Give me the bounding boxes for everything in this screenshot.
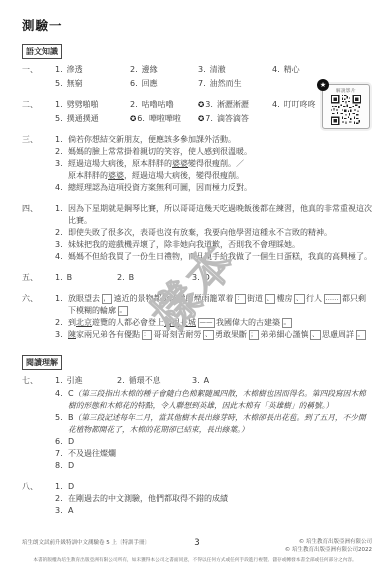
legal-notice: 本書的版權為培生教育出版亞洲有限公司所有，如未獲得本公司之書面同意，不得以任何方… [0,557,390,563]
question-8: 八、 1.D 2.在剛過去的中文測驗，他們都取得不錯的成績 3.A [22,481,372,517]
question-number: 三、 [22,134,55,194]
answer-sentence: 7.不及過往燦爛 [55,448,372,460]
copyright: © 培生教育出版亞洲有限公司 © 培生教育出版亞洲有限公司2022 [217,538,372,555]
answer-item: 1.劈劈啪啪 [55,99,130,111]
answer-grid: 1.B 2.B 3.D [55,272,372,284]
answer-item: 3.A [192,375,372,387]
question-5: 五、 1.B 2.B 3.D [22,272,372,284]
question-number: 五、 [22,272,55,284]
answer-page: 測驗一 語文知識 一、 1.滲透 2.邊緣 3.清澈 4.精心 5.無窮 6.回… [0,0,390,517]
page-number: 3 [177,538,217,548]
answer-item: 2.咕嚕咕嚕 [130,99,198,111]
answer-item: ✪3.淅瀝淅瀝 [198,99,272,111]
question-number: 六、 [22,293,55,341]
answer-item: 1.B [55,272,117,284]
video-marker-icon: ✪ [130,114,136,123]
answer-sentence: 2.媽媽的臉上常常掛着親切的笑容，使人感到很溫暖。 [55,146,372,158]
answer-sentence: 3.A [55,505,372,517]
answer-sentence: 8.D [55,460,372,472]
answer-item: 3.清澈 [198,64,272,76]
question-number: 七、 [22,375,55,472]
answer-sentence: 3.妹妹把我的遊戲機弄壞了，除非她向我道歉，否則我不會理睬她。 [55,239,372,251]
qr-code [331,95,361,125]
answer-sentence: 2.在剛過去的中文測驗，他們都取得不錯的成績 [55,493,372,505]
book-title: 培生朗文試前升級特訓中文測驗卷 5 上〔特訓手冊〕 [22,538,177,546]
answer-item: 1.滲透 [55,64,130,76]
section-label-reading: 閱讀理解 [22,355,62,370]
question-number: 一、 [22,64,55,90]
section-label-knowledge: 語文知識 [22,44,62,59]
question-number: 四、 [22,203,55,263]
question-7: 七、 1.引進 2.循環不息 3.A 4.C（第三段指出木棉的種子會隨白色棉絮隨… [22,375,372,472]
answer-sentence: 4.媽媽不但給我買了一份生日禮物，而且親手給我做了一個生日蛋糕，我真的高興極了。 [55,251,372,263]
question-6: 六、 1.放眼望去，遠近的景物都給迷濛的煙雨籠罩着：街道、樓房、行人……都只剩下… [22,293,372,341]
answer-sentence: 6.D [55,436,372,448]
answer-item: 6.回應 [130,78,198,90]
answer-item: 3.D [192,272,372,284]
question-4: 四、 1.因為下星期就是鋼琴比賽，所以哥哥這幾天吃過晚飯後都在練習，他真的非常重… [22,203,372,263]
copyright-line-1: © 培生教育出版亞洲有限公司 [299,539,372,545]
answer-item: 1.引進 [55,375,117,387]
answer-item: 5.無窮 [55,78,130,90]
answer-sentence: 1.倘若你想結交新朋友，便應該多參加課外活動。 [55,134,372,146]
answer-sentence: 2.到北京遊覽的人都必會登上萬里長城——我國偉大的古建築。 [55,317,372,329]
answer-item: 2.循環不息 [117,375,192,387]
answer-item: ✪6.嘩啦嘩啦 [130,113,198,125]
answer-item: 7.油然而生 [198,78,272,90]
answer-sentence: 2.即使失敗了很多次，表哥也沒有放棄，我要向他學習這種永不言敗的精神。 [55,227,372,239]
page-title: 測驗一 [22,16,372,34]
qr-label: 解說影片 [326,88,366,94]
answer-sentence: 1.因為下星期就是鋼琴比賽，所以哥哥這幾天吃過晚飯後都在練習，他真的非常重視這次… [55,203,372,227]
answer-sentence: 3.陳家兩兄弟各有優點：哥哥刻苦耐勞、勇敢果斷；弟弟細心謹慎、思慮周詳。 [55,329,372,341]
page-footer: 培生朗文試前升級特訓中文測驗卷 5 上〔特訓手冊〕 3 © 培生教育出版亞洲有限… [0,538,390,564]
qr-box: ★ 解說影片 [322,84,370,129]
answer-item: 4.精心 [272,64,372,76]
question-2: 二、 1.劈劈啪啪 2.咕嚕咕嚕 ✪3.淅瀝淅瀝 4.叮叮咚咚 5.撲通撲通 ✪… [22,99,372,125]
answer-with-explanation: 4.C（第三段指出木棉的種子會隨白色棉絮隨風四散，木棉樹也因而得名。第四段寫因木… [55,388,372,412]
answer-item: ✪7.滴答滴答 [198,113,272,125]
answer-with-explanation: 5.B（第三段記述每年二月，當其他樹木長出綠芽時，木棉卻長出花苞。到了五月，不少… [55,412,372,436]
answer-item: 5.撲通撲通 [55,113,130,125]
star-badge-icon: ★ [317,79,329,91]
answer-grid: 1.引進 2.循環不息 3.A [55,375,372,387]
answer-item: 2.B [117,272,192,284]
explanation-text: （第三段記述每年二月，當其他樹木長出綠芽時，木棉卻長出花苞。到了五月，不少開花植… [68,413,366,434]
answer-sentence: 3.經過這場大病後，原本胖胖的婆婆變得很瘦削。／原本胖胖的婆婆，經過這場大病後，… [55,158,372,182]
answer-item: 2.邊緣 [130,64,198,76]
question-number: 二、 [22,99,55,125]
answer-sentence: 1.D [55,481,372,493]
answer-sentence: 4.總經理認為這項投資方案無利可圖，因而極力反對。 [55,182,372,194]
video-marker-icon: ✪ [198,114,204,123]
explanation-text: （第三段指出木棉的種子會隨白色棉絮隨風四散，木棉樹也因而得名。第四段寫因木棉樹的… [68,389,366,410]
question-number: 八、 [22,481,55,517]
video-marker-icon: ✪ [198,100,204,109]
question-3: 三、 1.倘若你想結交新朋友，便應該多參加課外活動。 2.媽媽的臉上常常掛着親切… [22,134,372,194]
answer-sentence: 1.放眼望去，遠近的景物都給迷濛的煙雨籠罩着：街道、樓房、行人……都只剩下模糊的… [55,293,372,317]
copyright-line-2: © 培生教育出版亞洲有限公司2022 [285,547,372,553]
